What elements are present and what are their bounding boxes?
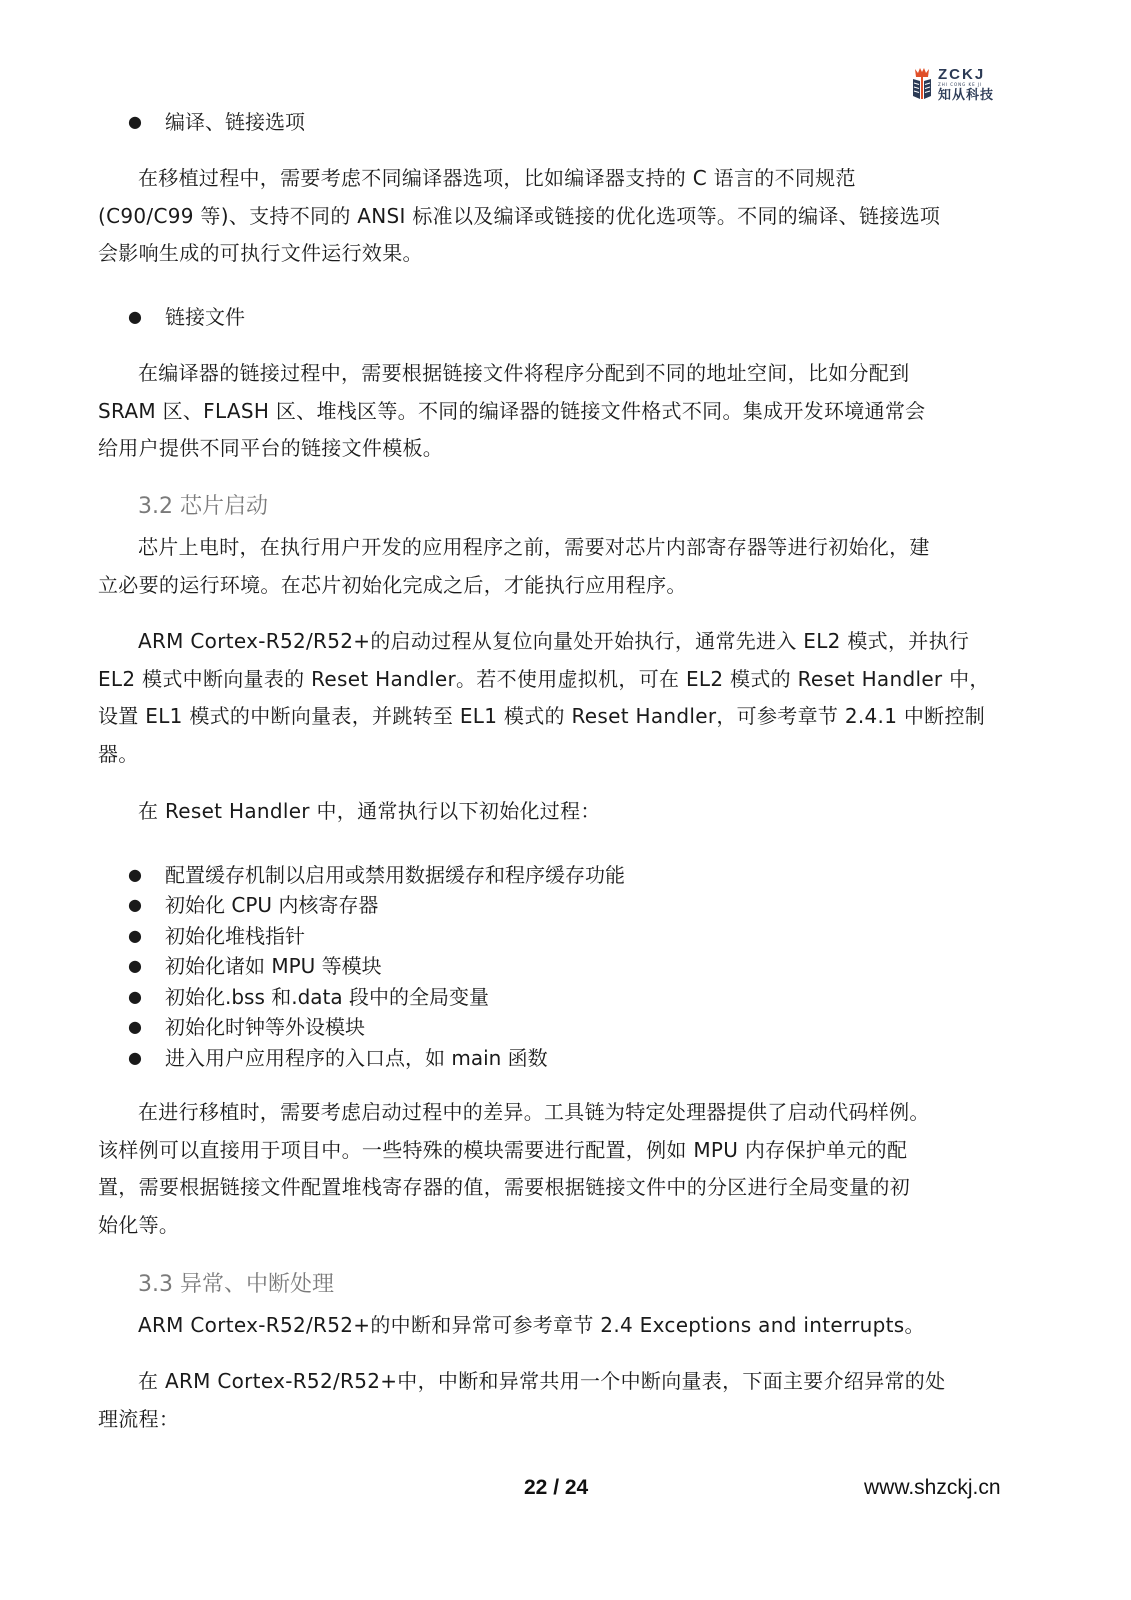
company-logo: ZCKJ ZHI CONG KE JI 知从科技: [912, 66, 1012, 102]
bullet-icon: ●: [128, 1012, 165, 1042]
website-url: www.shzckj.cn: [864, 1476, 1001, 1500]
paragraph-boot-process: ARM Cortex-R52/R52+的启动过程从复位向量处开始执行，通常先进入…: [98, 623, 1013, 773]
bullet-icon: ●: [128, 107, 165, 137]
list-item: ●初始化.bss 和.data 段中的全局变量: [128, 982, 489, 1012]
logo-chinese-name: 知从科技: [938, 89, 994, 102]
bullet-icon: ●: [128, 302, 165, 332]
list-item: ●初始化堆栈指针: [128, 921, 305, 951]
paragraph-link-file: 在编译器的链接过程中，需要根据链接文件将程序分配到不同的地址空间，比如分配到 S…: [98, 355, 1013, 468]
paragraph-reset-handler: 在 Reset Handler 中，通常执行以下初始化过程：: [98, 793, 1013, 831]
section-heading: 3.3 异常、中断处理: [138, 1270, 334, 1300]
list-item: ●配置缓存机制以启用或禁用数据缓存和程序缓存功能: [128, 860, 625, 890]
logo-wordmark: ZCKJ: [938, 67, 994, 82]
book-flame-logo-icon: [912, 67, 932, 101]
paragraph-compile-options: 在移植过程中，需要考虑不同编译器选项，比如编译器支持的 C 语言的不同规范 (C…: [98, 160, 1013, 273]
list-item: ● 编译、链接选项: [128, 107, 305, 137]
list-item: ● 链接文件: [128, 302, 245, 332]
section-heading: 3.2 芯片启动: [138, 492, 268, 522]
bullet-icon: ●: [128, 890, 165, 920]
bullet-icon: ●: [128, 982, 165, 1012]
page-number: 22 / 24: [524, 1476, 588, 1500]
list-item: ●初始化 CPU 内核寄存器: [128, 890, 378, 920]
bullet-icon: ●: [128, 951, 165, 981]
list-item: ●初始化诸如 MPU 等模块: [128, 951, 382, 981]
bullet-icon: ●: [128, 921, 165, 951]
paragraph-exceptions-ref: ARM Cortex-R52/R52+的中断和异常可参考章节 2.4 Excep…: [98, 1307, 1013, 1345]
list-item: ●初始化时钟等外设模块: [128, 1012, 365, 1042]
list-item: ●进入用户应用程序的入口点，如 main 函数: [128, 1043, 548, 1073]
paragraph-chip-boot-intro: 芯片上电时，在执行用户开发的应用程序之前，需要对芯片内部寄存器等进行初始化，建 …: [98, 529, 1013, 604]
bullet-icon: ●: [128, 1043, 165, 1073]
logo-pinyin: ZHI CONG KE JI: [938, 83, 994, 87]
paragraph-vector-table: 在 ARM Cortex-R52/R52+中，中断和异常共用一个中断向量表，下面…: [98, 1363, 1013, 1438]
bullet-icon: ●: [128, 860, 165, 890]
paragraph-porting-boot: 在进行移植时，需要考虑启动过程中的差异。工具链为特定处理器提供了启动代码样例。 …: [98, 1094, 1013, 1244]
